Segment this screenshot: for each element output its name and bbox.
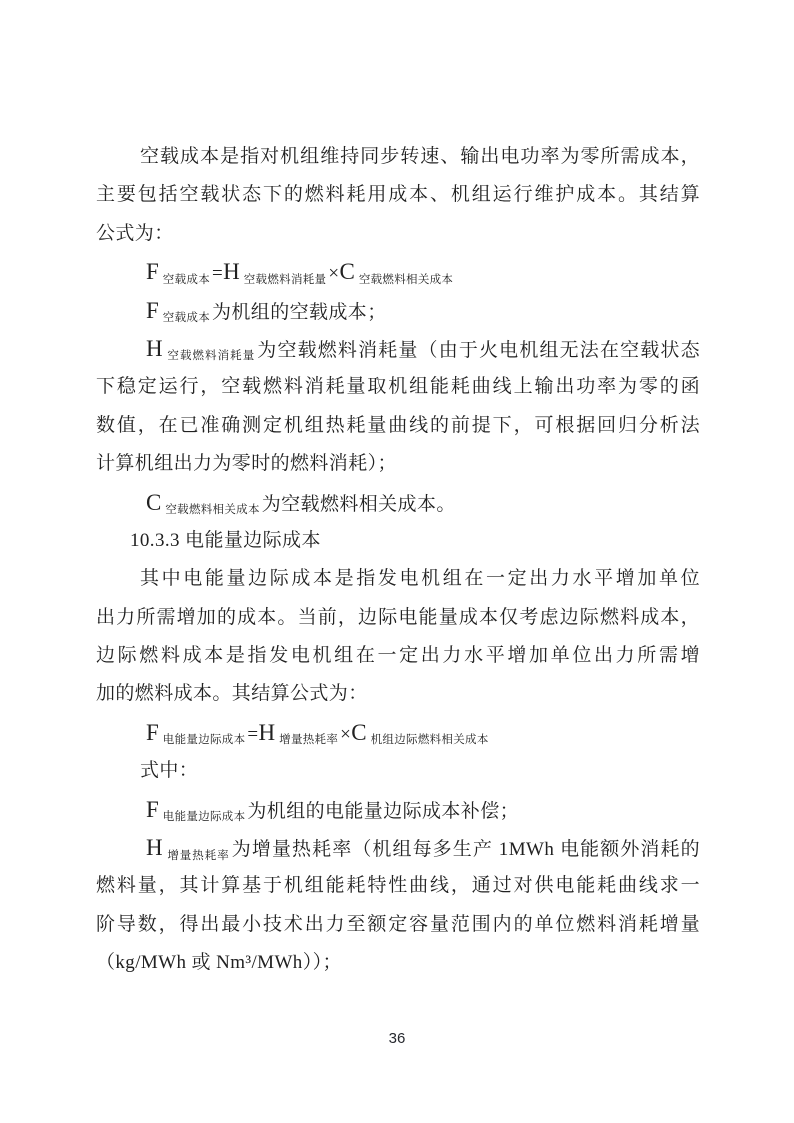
formula-subscript: 增量热耗率 <box>275 734 340 746</box>
text-line: 下稳定运行，空载燃料消耗量取机组能耗曲线上输出功率为零的函 <box>96 368 700 406</box>
formula-subscript: 增量热耗率 <box>163 850 232 862</box>
document-page: 空载成本是指对机组维持同步转速、输出电功率为零所需成本， 主要包括空载状态下的燃… <box>0 0 794 1123</box>
page-footer: 36 <box>0 1028 794 1050</box>
formula-variable: H <box>146 336 163 361</box>
formula-variable: C <box>146 490 161 515</box>
formula-line: F电能量边际成本=H增量热耗率×C机组边际燃料相关成本 <box>96 714 700 752</box>
formula-subscript: 空载燃料相关成本 <box>161 504 261 516</box>
formula-variable: H <box>146 835 163 860</box>
formula-subscript: 电能量边际成本 <box>159 734 248 746</box>
formula-operator: = <box>212 263 223 284</box>
formula-line: F空载成本=H空载燃料消耗量×C空载燃料相关成本 <box>96 253 700 291</box>
text-line: H空载燃料消耗量为空载燃料消耗量（由于火电机组无法在空载状态 <box>96 330 700 368</box>
formula-variable: C <box>339 259 354 284</box>
text-line: （kg/MWh 或 Nm³/MWh））； <box>96 944 700 982</box>
formula-subscript: 空载燃料消耗量 <box>240 274 329 286</box>
text-line: 加的燃料成本。其结算公式为： <box>96 675 700 713</box>
page-number: 36 <box>389 1030 406 1047</box>
formula-variable: F <box>146 259 159 284</box>
text-line: 燃料量，其计算基于机组能耗特性曲线，通过对供电能耗曲线求一 <box>96 867 700 905</box>
document-body: 空载成本是指对机组维持同步转速、输出电功率为零所需成本， 主要包括空载状态下的燃… <box>96 138 700 983</box>
formula-operator: = <box>247 724 258 745</box>
formula-operator: × <box>340 724 351 745</box>
formula-subscript: 空载燃料消耗量 <box>163 350 258 362</box>
formula-variable: H <box>259 720 276 745</box>
formula-variable: H <box>223 259 240 284</box>
section-heading: 10.3.3 电能量边际成本 <box>96 522 700 560</box>
text-run: 为机组的空载成本； <box>212 302 387 323</box>
text-run: 为机组的电能量边际成本补偿； <box>247 801 519 822</box>
text-line: F电能量边际成本为机组的电能量边际成本补偿； <box>96 791 700 829</box>
text-line: F空载成本为机组的空载成本； <box>96 292 700 330</box>
formula-subscript: 空载燃料相关成本 <box>355 274 455 286</box>
formula-operator: × <box>328 263 339 284</box>
formula-subscript: 机组边际燃料相关成本 <box>367 734 491 746</box>
text-line: 计算机组出力为零时的燃料消耗）； <box>96 445 700 483</box>
text-line: 数值，在已准确测定机组热耗量曲线的前提下，可根据回归分析法 <box>96 407 700 445</box>
text-line: 阶导数，得出最小技术出力至额定容量范围内的单位燃料消耗增量 <box>96 906 700 944</box>
formula-subscript: 空载成本 <box>159 312 212 324</box>
text-line: H增量热耗率为增量热耗率（机组每多生产 1MWh 电能额外消耗的 <box>96 829 700 867</box>
text-line: 出力所需增加的成本。当前，边际电能量成本仅考虑边际燃料成本， <box>96 599 700 637</box>
formula-variable: F <box>146 797 159 822</box>
text-line: 公式为： <box>96 215 700 253</box>
text-line: 式中： <box>96 752 700 790</box>
formula-subscript: 空载成本 <box>159 274 212 286</box>
text-line: 其中电能量边际成本是指发电机组在一定出力水平增加单位 <box>96 560 700 598</box>
formula-variable: F <box>146 720 159 745</box>
text-line: 边际燃料成本是指发电机组在一定出力水平增加单位出力所需增 <box>96 637 700 675</box>
formula-subscript: 电能量边际成本 <box>159 811 248 823</box>
formula-variable: F <box>146 298 159 323</box>
text-run: 为增量热耗率（机组每多生产 1MWh 电能额外消耗的 <box>232 839 700 860</box>
text-run: 为空载燃料相关成本。 <box>262 494 456 515</box>
text-run: 为空载燃料消耗量（由于火电机组无法在空载状态 <box>257 340 700 361</box>
formula-variable: C <box>351 720 366 745</box>
text-line: 空载成本是指对机组维持同步转速、输出电功率为零所需成本， <box>96 138 700 176</box>
text-line: 主要包括空载状态下的燃料耗用成本、机组运行维护成本。其结算 <box>96 176 700 214</box>
text-line: C空载燃料相关成本为空载燃料相关成本。 <box>96 484 700 522</box>
